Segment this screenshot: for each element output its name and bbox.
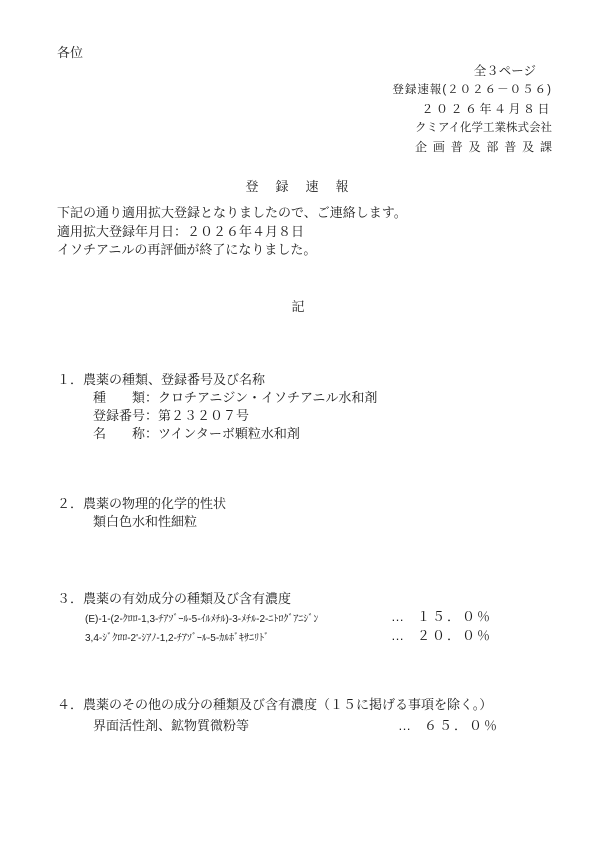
other-ingredient-name: 界面活性剤、鉱物質微粉等 [93,717,249,735]
salutation: 各位 [57,42,83,61]
company-name: クミアイ化学工業株式会社 [392,119,552,138]
registration-number: 登録番号：第２３２０７号 [93,407,596,425]
section-other-ingredients: ４．農薬のその他の成分の種類及び含有濃度（１５に掲げる事項を除く。） 界面活性剤… [0,696,596,736]
section-1-heading: １．農薬の種類、登録番号及び名称 [57,371,596,389]
body-line-3: イソチアニルの再評価が終了になりました。 [57,241,407,260]
body-line-1: 下記の通り適用拡大登録となりましたので、ご連絡します。 [57,204,407,223]
document-page: 各位 全３ページ 登録速報(２０２６－０５６) ２０２６年４月８日 クミアイ化学… [0,0,596,842]
leader-dots: … [391,627,404,645]
header-block: 全３ページ 登録速報(２０２６－０５６) ２０２６年４月８日 クミアイ化学工業株… [392,62,552,157]
ingredient-name: 3,4-ｼﾞｸﾛﾛ-2'-ｼｱﾉ-1,2-ﾁｱｿﾞｰﾙ-5-ｶﾙﾎﾞｷｻﾆﾘﾄﾞ [85,630,269,648]
department-name: 企画普及部普及課 [415,138,552,157]
physical-property: 類白色水和性細粒 [93,513,596,531]
issue-date: ２０２６年４月８日 [392,100,552,119]
ingredient-concentration: １５．０％ [417,608,492,626]
body-line-2: 適用拡大登録年月日：２０２６年４月８日 [57,223,407,242]
leader-dots: … [398,717,411,735]
section-4-heading: ４．農薬のその他の成分の種類及び含有濃度（１５に掲げる事項を除く。） [57,696,596,714]
document-title: 登 録 速 報 [0,176,596,195]
other-ingredient-row: 界面活性剤、鉱物質微粉等 … ６５．０％ [0,717,596,736]
report-number: 登録速報(２０２６－０５６) [392,81,552,100]
section-active-ingredients: ３．農薬の有効成分の種類及び含有濃度 (E)-1-(2-ｸﾛﾛ-1,3-ﾁｱｿﾞ… [0,590,596,646]
pesticide-name: 名 称：ツインターボ顆粒水和剤 [93,425,596,443]
other-ingredient-concentration: ６５．０％ [424,717,499,735]
section-2-heading: ２．農薬の物理的化学的性状 [57,495,596,513]
pesticide-type: 種 類：クロチアニジン・イソチアニル水和剤 [93,389,596,407]
section-pesticide-identity: １．農薬の種類、登録番号及び名称 種 類：クロチアニジン・イソチアニル水和剤 登… [0,371,596,443]
page-count: 全３ページ [392,62,552,81]
ingredient-concentration: ２０．０％ [417,627,492,645]
record-marker: 記 [0,296,596,315]
section-3-heading: ３．農薬の有効成分の種類及び含有濃度 [57,590,596,608]
ingredient-row: 3,4-ｼﾞｸﾛﾛ-2'-ｼｱﾉ-1,2-ﾁｱｿﾞｰﾙ-5-ｶﾙﾎﾞｷｻﾆﾘﾄﾞ… [0,627,596,646]
ingredient-row: (E)-1-(2-ｸﾛﾛ-1,3-ﾁｱｿﾞｰﾙ-5-ｲﾙﾒﾁﾙ)-3-ﾒﾁﾙ-2… [0,608,596,627]
leader-dots: … [391,608,404,626]
section-physical-properties: ２．農薬の物理的化学的性状 類白色水和性細粒 [0,495,596,531]
body-paragraph: 下記の通り適用拡大登録となりましたので、ご連絡します。 適用拡大登録年月日：２０… [57,204,407,260]
